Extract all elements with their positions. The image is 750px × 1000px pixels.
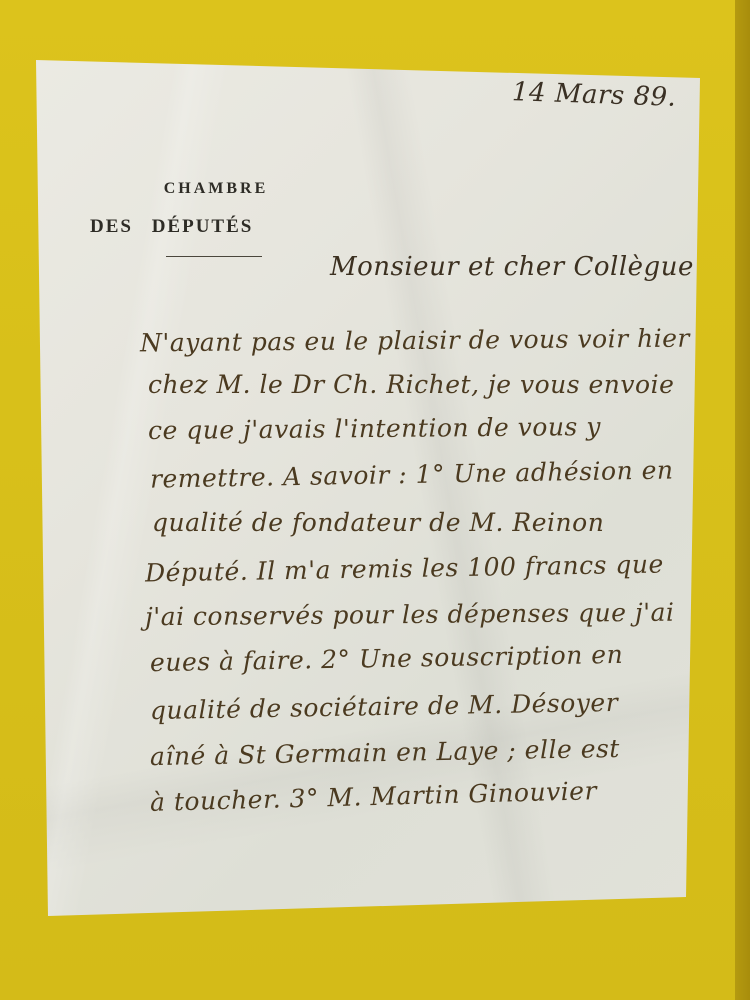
body-line: N'ayant pas eu le plaisir de vous voir h… [140, 324, 690, 358]
letter-salutation: Monsieur et cher Collègue [330, 252, 694, 282]
body-line: qualité de fondateur de M. Reinon [152, 508, 604, 537]
letterhead-rule [166, 256, 262, 257]
body-line: ce que j'avais l'intention de vous y [148, 412, 601, 445]
letterhead-chambre: CHAMBRE [90, 180, 320, 198]
letter-sheet [0, 0, 750, 1000]
letterhead-des-deputes: DES DÉPUTÉS [90, 216, 320, 238]
background-right-edge [735, 0, 750, 1000]
body-line: j'ai conservés pour les dépenses que j'a… [145, 598, 675, 632]
body-line: chez M. le Dr Ch. Richet, je vous envoie [148, 370, 674, 399]
letterhead: CHAMBRE DES DÉPUTÉS [90, 180, 320, 257]
letter-date: 14 Mars 89. [512, 77, 677, 113]
